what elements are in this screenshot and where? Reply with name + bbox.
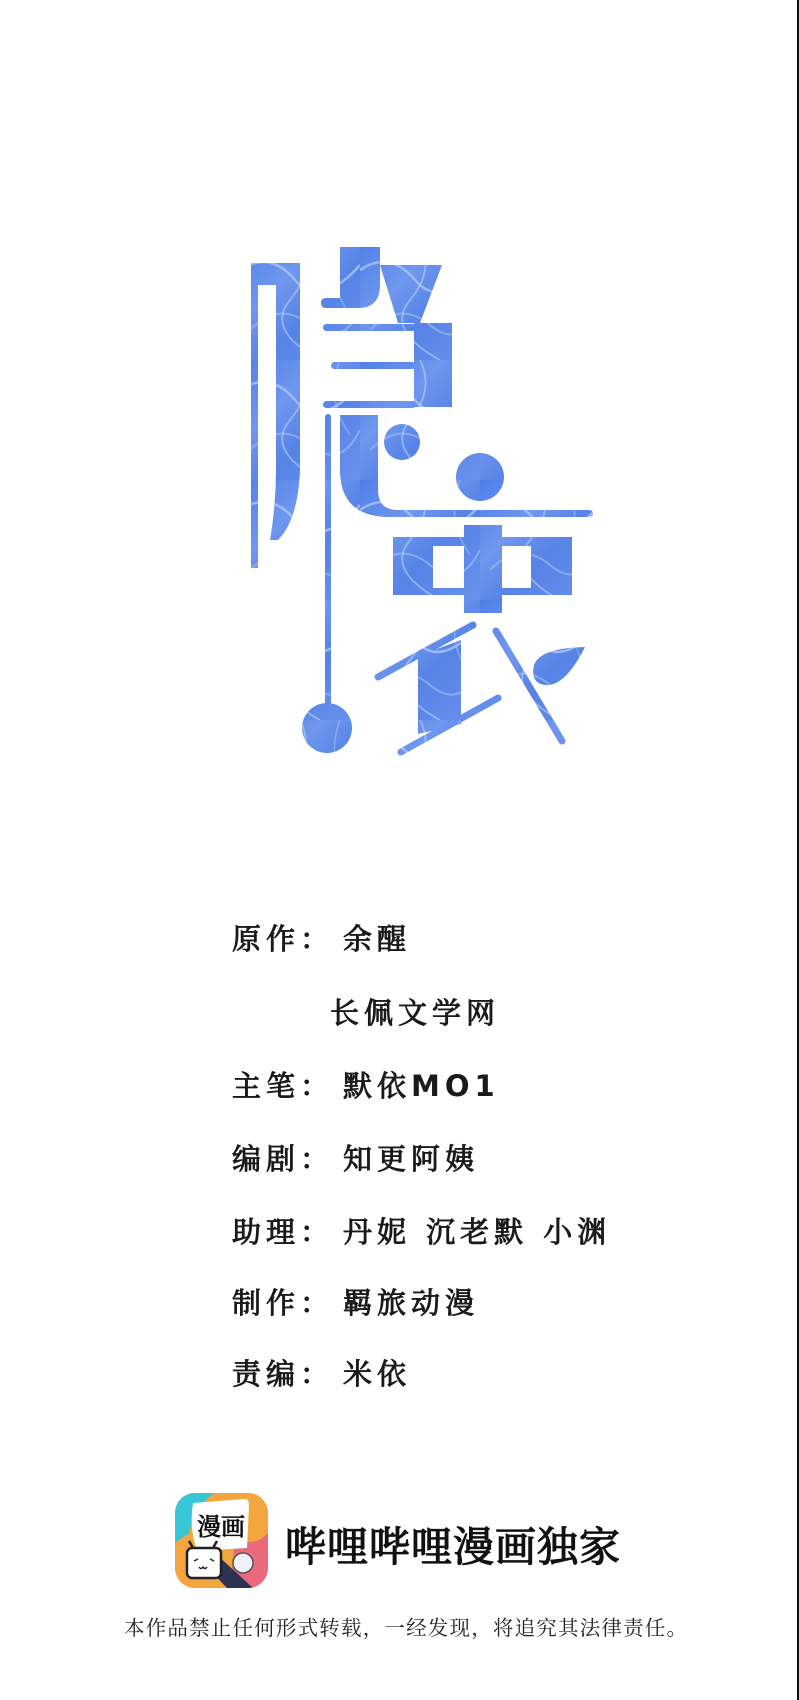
bilibili-comics-app-icon: 漫画 — [175, 1493, 268, 1588]
credit-value: 米依 — [343, 1352, 411, 1393]
title-stroke-diag-right — [496, 631, 562, 741]
credit-value: 羁旅动漫 — [343, 1281, 479, 1322]
title-stroke-slant — [380, 265, 442, 323]
credit-label: 助理： — [232, 1210, 343, 1251]
title-stroke-bar-2 — [331, 362, 416, 369]
credit-row-screenwriter: 编剧： 知更阿姨 — [232, 1140, 479, 1174]
brand-exclusive-text: 哔哩哔哩漫画独家 — [285, 1514, 621, 1573]
title-stroke-bar-1 — [323, 324, 416, 331]
title-stroke-teardrop — [533, 647, 585, 685]
credit-label: 制作： — [232, 1281, 343, 1322]
credit-label: 责编： — [232, 1352, 343, 1393]
credit-row-publisher: 长佩文学网 — [330, 994, 500, 1028]
credit-value: 长佩文学网 — [330, 991, 500, 1032]
title-stroke-zhong — [393, 525, 572, 613]
title-dot-large — [456, 453, 504, 501]
copyright-disclaimer: 本作品禁止任何形式转载，一经发现，将追究其法律责任。 — [124, 1611, 688, 1641]
credit-label: 原作： — [232, 917, 343, 958]
credit-label: 编剧： — [232, 1137, 343, 1178]
title-stroke-bottom-circle — [302, 703, 352, 753]
credit-row-editor: 责编： 米依 — [232, 1355, 411, 1389]
credit-value: 余醒 — [343, 917, 411, 958]
credit-row-original: 原作： 余醒 — [232, 920, 411, 954]
credit-value: 知更阿姨 — [343, 1137, 479, 1178]
title-logo — [0, 0, 799, 800]
credit-row-lead-artist: 主笔： 默依MO1 — [232, 1067, 500, 1101]
credit-value: 默依MO1 — [343, 1064, 500, 1105]
credit-row-production: 制作： 羁旅动漫 — [232, 1284, 479, 1318]
title-stroke-bar-3 — [323, 401, 416, 408]
brand-block: 漫画 哔哩哔哩漫画独家 — [175, 1492, 268, 1588]
title-dot-small — [384, 424, 420, 460]
credit-row-assistants: 助理： 丹妮 沉老默 小渊 — [232, 1213, 611, 1247]
title-glyph-group — [251, 247, 593, 753]
title-stroke-long-vertical — [325, 414, 331, 706]
credit-label: 主笔： — [232, 1064, 343, 1105]
app-icon-text: 漫画 — [197, 1513, 245, 1541]
title-stroke-left-bar — [251, 263, 300, 568]
title-stroke-right-block — [414, 323, 452, 407]
credit-value: 丹妮 沉老默 小渊 — [343, 1210, 611, 1251]
title-stroke-top-hook — [321, 247, 380, 308]
